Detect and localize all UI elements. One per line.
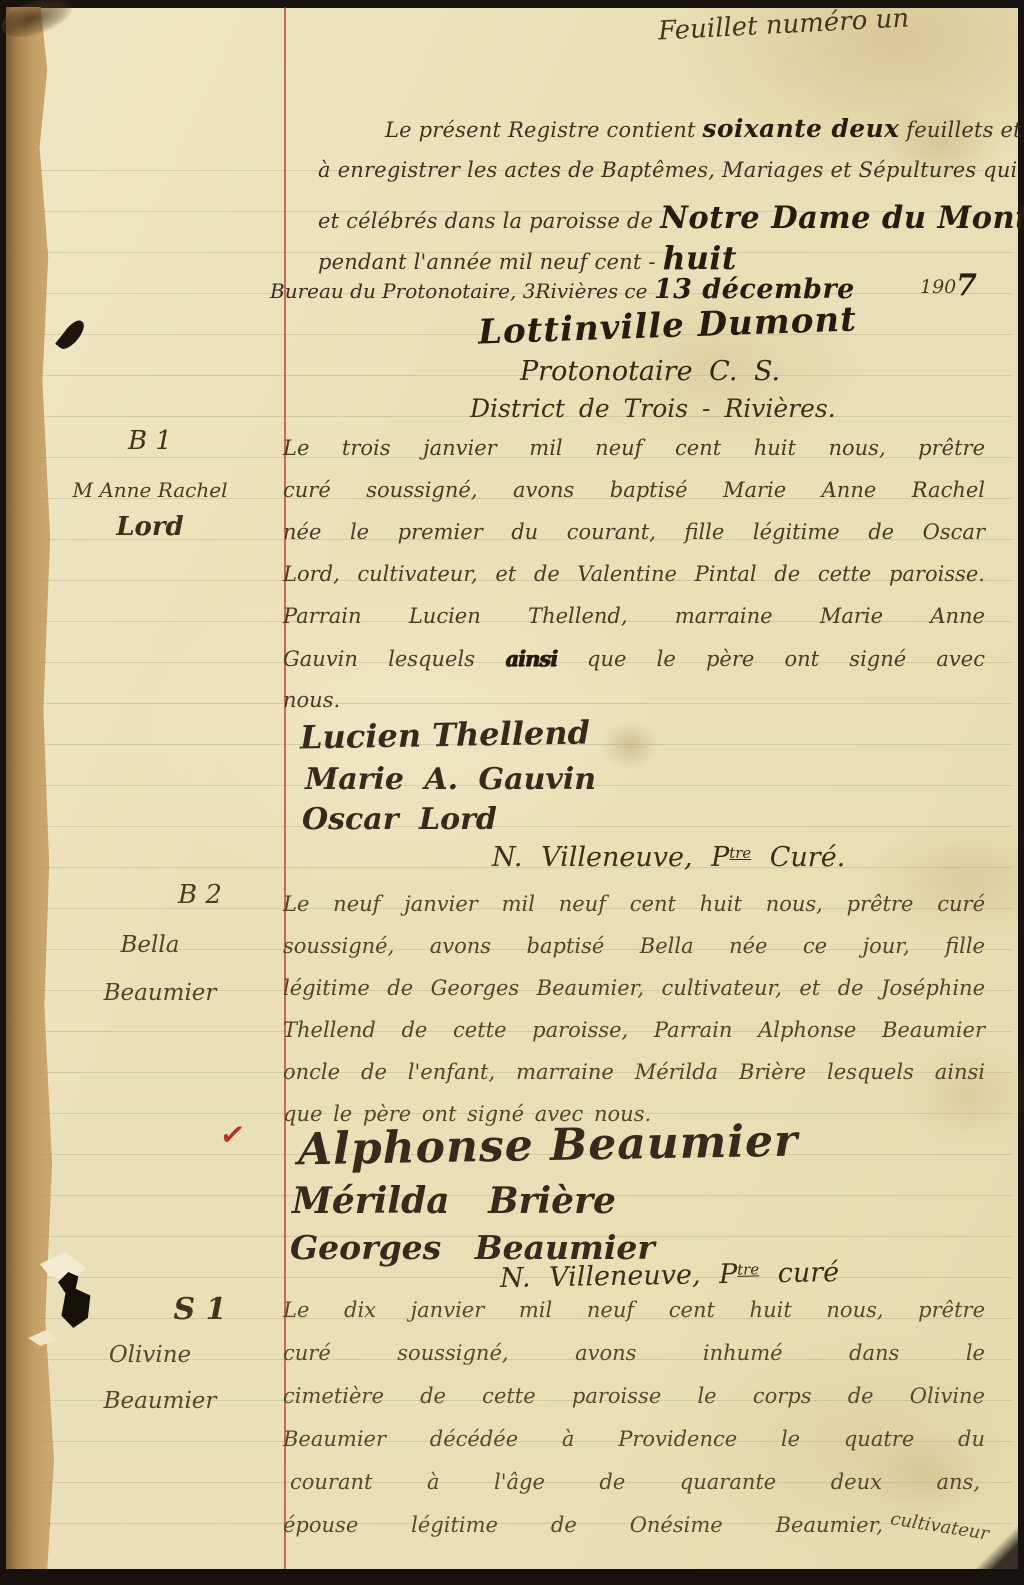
signature-line: Oscar Lord bbox=[302, 802, 497, 837]
signature-line: Lucien Thellend bbox=[300, 713, 591, 756]
officiant-text: Curé. bbox=[770, 842, 846, 873]
body-line: Le dix janvier mil neuf cent huit nous, … bbox=[283, 1298, 985, 1322]
preamble-line-4: pendant l'année mil neuf cent - huit bbox=[318, 240, 737, 277]
margin-name-line-2: Beaumier bbox=[60, 980, 260, 1006]
body-text: que le père ont signé avec bbox=[587, 647, 985, 671]
officiant-text: N. Villeneuve, P bbox=[492, 842, 729, 873]
entry-label: S 1 bbox=[110, 1292, 290, 1327]
body-text: Gauvin lesquels bbox=[283, 647, 475, 671]
signature-line: Alphonse Beaumier bbox=[298, 1116, 799, 1176]
bureau-office: Bureau du Protonotaire, 3Rivières ce bbox=[270, 279, 647, 303]
body-line: curé soussigné, avons inhumé dans le bbox=[283, 1341, 985, 1365]
body-line: nous. bbox=[283, 688, 340, 712]
body-line: légitime de Georges Beaumier, cultivateu… bbox=[283, 976, 985, 1000]
officiant-signature: N. Villeneuve, Ptre curé bbox=[500, 1257, 840, 1294]
entry-label: B 2 bbox=[110, 880, 290, 910]
body-line: épouse légitime de Onésime Beaumier, bbox=[283, 1513, 883, 1537]
officiant-superscript: tre bbox=[737, 1260, 759, 1278]
margin-name-line-1: M Anne Rachel bbox=[40, 478, 260, 502]
overwritten-word: ainsi bbox=[505, 646, 557, 671]
margin-name-line-2: Lord bbox=[60, 512, 240, 542]
protonotary-title: Protonotaire C. S. bbox=[520, 356, 780, 387]
body-line: curé soussigné, avons baptisé Marie Anne… bbox=[283, 478, 985, 502]
officiant-text: N. Villeneuve, P bbox=[500, 1259, 738, 1294]
body-line: soussigné, avons baptisé Bella née ce jo… bbox=[283, 934, 985, 958]
signature-line: Mérilda Brière bbox=[292, 1180, 616, 1222]
preamble-text: et célébrés dans la paroisse de bbox=[318, 209, 653, 233]
signature-line: Marie A. Gauvin bbox=[305, 762, 596, 797]
body-line: Beaumier décédée à Providence le quatre … bbox=[283, 1427, 985, 1451]
filled-year-word: huit bbox=[663, 240, 737, 277]
register-page-scan: Feuillet numéro un Le présent Registre c… bbox=[0, 0, 1024, 1585]
body-line: Gauvin lesquels ainsi que le père ont si… bbox=[283, 646, 985, 671]
margin-name-line-1: Olivine bbox=[60, 1342, 240, 1368]
year-printed: 190 bbox=[920, 276, 956, 298]
preamble-text: feuillets et doit servir bbox=[906, 118, 1024, 142]
body-line: Le neuf janvier mil neuf cent huit nous,… bbox=[283, 892, 985, 916]
preamble-line-3: et célébrés dans la paroisse de Notre Da… bbox=[318, 200, 1024, 236]
body-line: Thellend de cette paroisse, Parrain Alph… bbox=[283, 1018, 985, 1042]
body-line: cimetière de cette paroisse le corps de … bbox=[283, 1384, 985, 1408]
preamble-text: Le présent Registre contient bbox=[385, 118, 696, 142]
officiant-signature: N. Villeneuve, Ptre Curé. bbox=[492, 842, 845, 873]
red-checkmark: ✓ bbox=[218, 1116, 248, 1154]
body-line: courant à l'âge de quarante deux ans, bbox=[290, 1470, 980, 1494]
body-line: Lord, cultivateur, et de Valentine Pinta… bbox=[283, 562, 985, 586]
preamble-text: pendant l'année mil neuf cent - bbox=[318, 250, 656, 274]
red-margin-line bbox=[284, 7, 286, 1569]
margin-name-line-2: Beaumier bbox=[50, 1388, 270, 1414]
district-line: District de Trois - Rivières. bbox=[470, 394, 836, 423]
body-line: née le premier du courant, fille légitim… bbox=[283, 520, 985, 544]
body-line: Parrain Lucien Thellend, marraine Marie … bbox=[283, 604, 985, 628]
body-line: Le trois janvier mil neuf cent huit nous… bbox=[283, 436, 985, 460]
body-line: oncle de l'enfant, marraine Mérilda Briè… bbox=[283, 1060, 985, 1084]
filled-feuillet-count: soixante deux bbox=[703, 114, 900, 143]
photo-border-right bbox=[1019, 0, 1024, 1585]
photo-border-bottom bbox=[0, 1571, 1024, 1585]
officiant-superscript: tre bbox=[729, 844, 751, 862]
entry-label: B 1 bbox=[60, 426, 240, 456]
preamble-line-2: à enregistrer les actes de Baptêmes, Mar… bbox=[318, 158, 1024, 182]
officiant-text: curé bbox=[777, 1257, 839, 1289]
bureau-line: Bureau du Protonotaire, 3Rivières ce 13 … bbox=[270, 274, 855, 305]
year-digit: 7 bbox=[956, 268, 977, 303]
preamble-line-1: Le présent Registre contient soixante de… bbox=[385, 114, 1024, 143]
margin-name-line-1: Bella bbox=[60, 932, 240, 958]
filled-parish-name: Notre Dame du Mont - Carmel bbox=[660, 200, 1024, 236]
